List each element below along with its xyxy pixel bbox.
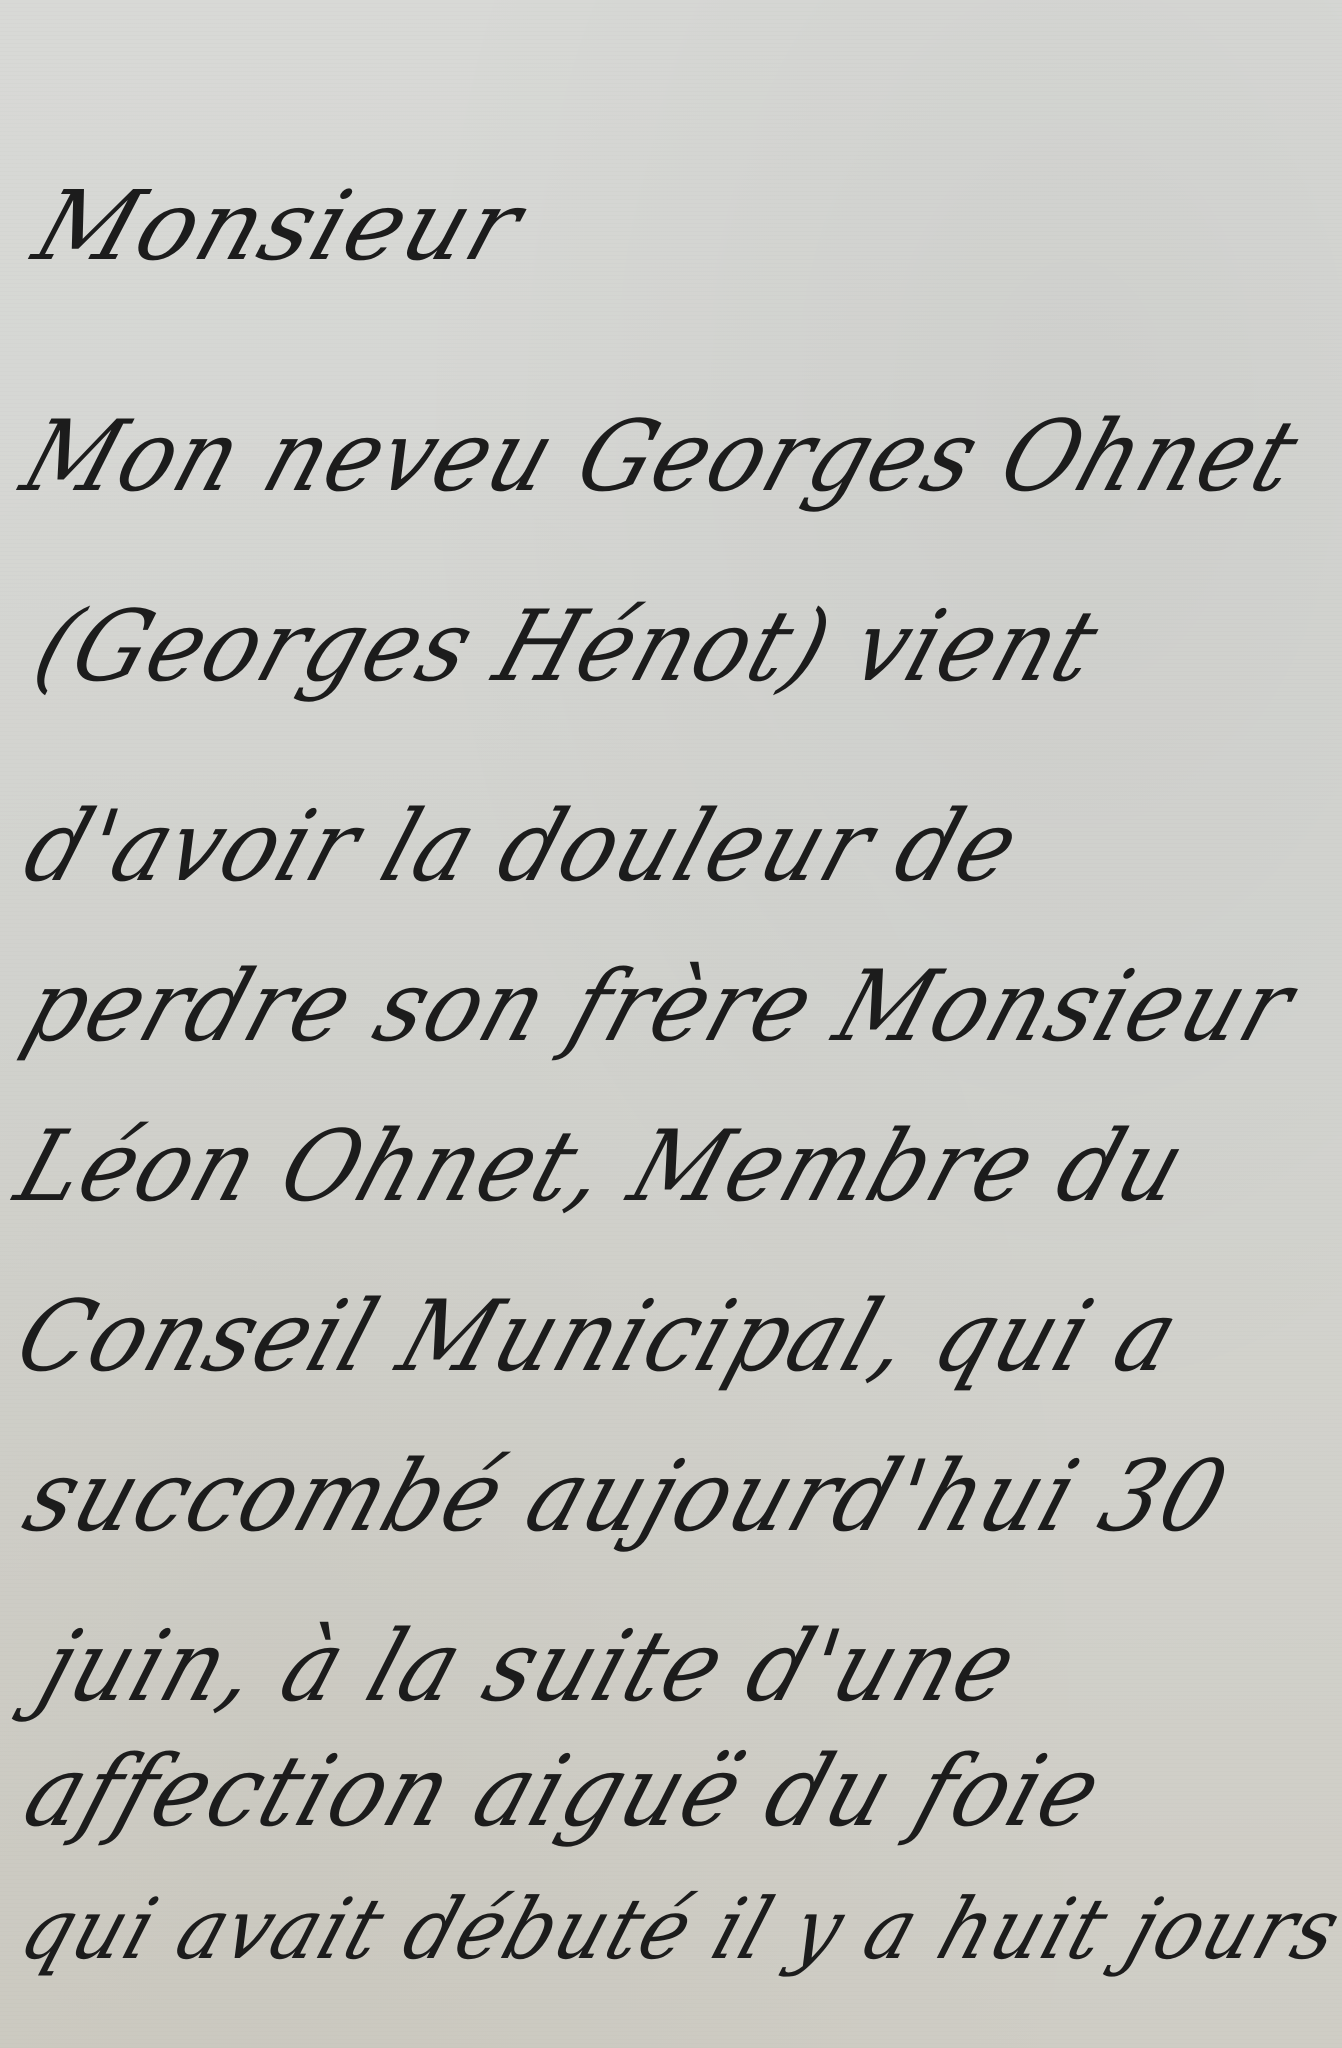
letter-salutation: Monsieur bbox=[22, 170, 537, 282]
letter-line: juin, à la suite d'une bbox=[26, 1610, 1031, 1724]
letter-line: Léon Ohnet, Membre du bbox=[3, 1110, 1200, 1224]
letter-line: perdre son frère Monsieur bbox=[11, 950, 1308, 1064]
letter-line: affection aiguë du foie bbox=[11, 1735, 1115, 1849]
letter-line: Conseil Municipal, qui a bbox=[3, 1280, 1193, 1394]
letter-line: Mon neveu Georges Ohnet bbox=[9, 400, 1313, 514]
letter-page: Monsieur Mon neveu Georges Ohnet (George… bbox=[0, 0, 1342, 2048]
letter-line: d'avoir la douleur de bbox=[11, 790, 1033, 904]
letter-line: succombé aujourd'hui 30 bbox=[11, 1440, 1241, 1554]
letter-line: (Georges Hénot) vient bbox=[21, 590, 1112, 704]
letter-line: qui avait débuté il y a huit jours bbox=[9, 1880, 1342, 1978]
